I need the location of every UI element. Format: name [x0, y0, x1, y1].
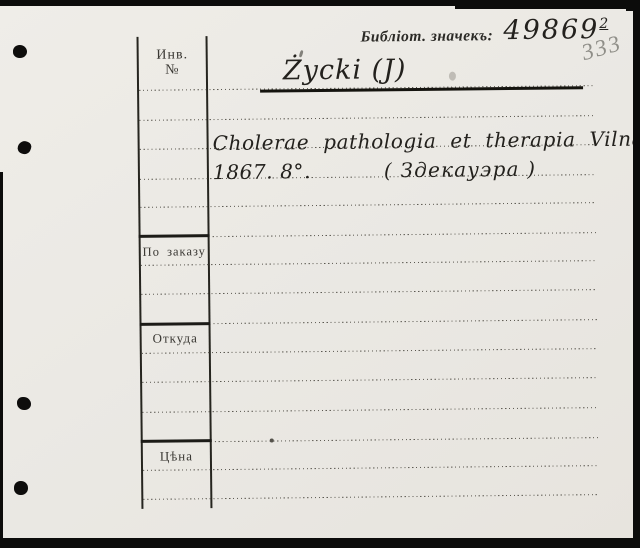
section-rule	[141, 439, 212, 442]
ruled-line	[213, 232, 597, 237]
section-rule	[140, 322, 211, 325]
author-title: Życki (J)	[283, 54, 407, 86]
entry-line-2-source: ( Здекауэра )	[384, 156, 537, 182]
scan-border-bottom	[0, 538, 640, 548]
inventory-column-right-rule	[206, 36, 213, 508]
ink-speck	[270, 438, 274, 442]
price-label: Цѣна	[141, 448, 212, 465]
origin-label: Откуда	[140, 330, 211, 347]
ink-smudge	[449, 72, 456, 81]
title-underline	[260, 86, 583, 92]
entry-line-2-year: 1867. 8°.	[213, 159, 311, 184]
order-label: По заказу	[139, 244, 210, 260]
catalog-card: Инв. № По заказу Откуда Цѣна Библіот. зн…	[0, 0, 640, 548]
entry-line-1: Cholerae pathologia et therapia Vilnae	[212, 126, 640, 155]
inventory-number-label: Инв. №	[137, 47, 208, 78]
scan-edge-right	[633, 4, 640, 540]
punch-hole	[13, 45, 27, 58]
accession-number-superscript: 2	[599, 16, 608, 32]
scan-border-top-right	[455, 0, 640, 9]
library-stamp-label: Библіот. значекъ:	[360, 27, 493, 46]
scan-edge-left	[0, 172, 3, 548]
punch-hole	[17, 397, 31, 410]
punch-hole	[14, 481, 28, 495]
inventory-label-line1: Инв.	[137, 47, 208, 63]
section-rule	[139, 234, 210, 237]
ruled-line	[214, 319, 598, 324]
inventory-column-left-rule	[137, 37, 144, 509]
inventory-label-line2: №	[137, 62, 208, 78]
